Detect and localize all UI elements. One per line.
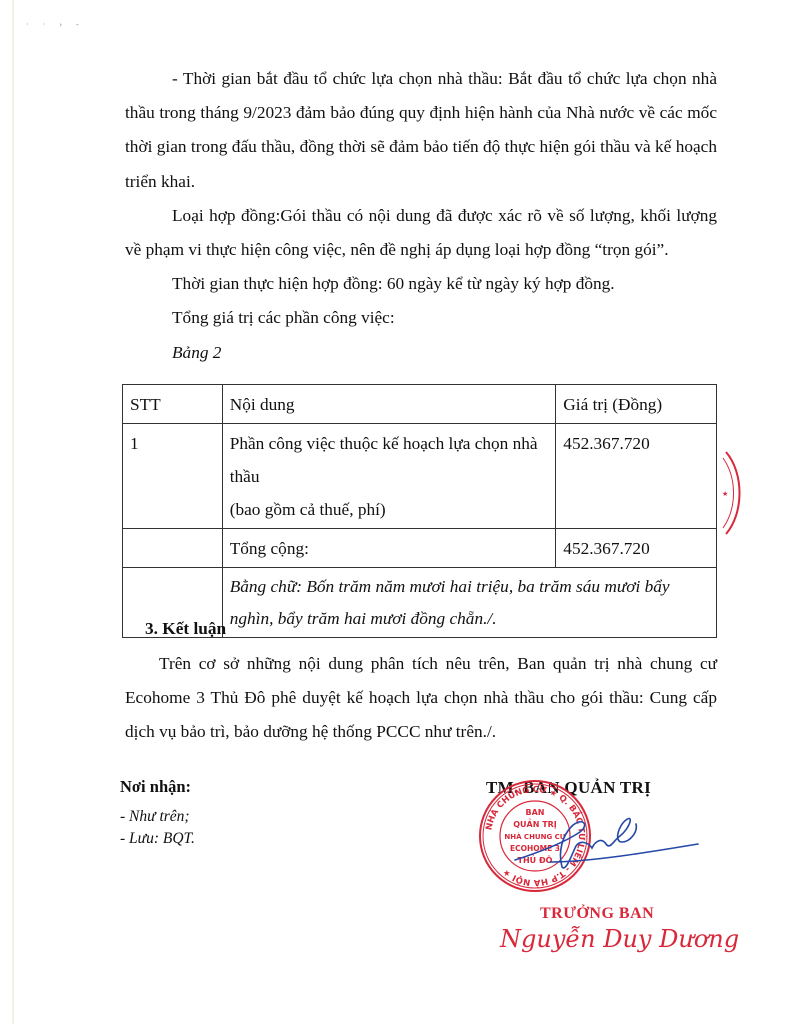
svg-text:★: ★ <box>722 490 728 498</box>
header-value: Giá trị (Đồng) <box>556 385 717 424</box>
cell-total-label: Tổng cộng: <box>222 529 556 568</box>
recipients-block: Nơi nhận: - Như trên; - Lưu: BQT. <box>120 776 195 850</box>
edge-stamp-fragment-icon: ★ <box>722 448 752 538</box>
conclusion-text: Trên cơ sở những nội dung phân tích nêu … <box>125 647 717 750</box>
conclusion-heading: 3. Kết luận <box>145 619 226 639</box>
recipients-title: Nơi nhận: <box>120 776 195 798</box>
table-header-row: STT Nội dung Giá trị (Đồng) <box>123 385 717 424</box>
header-stt: STT <box>123 385 223 424</box>
paragraph-total-value-intro: Tổng giá trị các phần công việc: <box>125 301 717 335</box>
document-body: - Thời gian bắt đầu tổ chức lựa chọn nhà… <box>125 62 717 370</box>
handwritten-signature-icon <box>510 812 700 872</box>
cell-content-main: Phần công việc thuộc kế hoạch lựa chọn n… <box>230 427 549 493</box>
cost-table: STT Nội dung Giá trị (Đồng) 1 Phần công … <box>122 384 717 638</box>
cell-stt: 1 <box>123 424 223 529</box>
table-total-row: Tổng cộng: 452.367.720 <box>123 529 717 568</box>
scan-specks: · · › - <box>26 20 85 29</box>
conclusion-body: Trên cơ sở những nội dung phân tích nêu … <box>125 647 717 750</box>
cell-total-value: 452.367.720 <box>556 529 717 568</box>
cell-content: Phần công việc thuộc kế hoạch lựa chọn n… <box>222 424 556 529</box>
cell-in-words: Bằng chữ: Bốn trăm năm mươi hai triệu, b… <box>222 568 716 638</box>
cell-total-empty <box>123 529 223 568</box>
cell-content-note: (bao gồm cả thuế, phí) <box>230 493 549 526</box>
table-row: 1 Phần công việc thuộc kế hoạch lựa chọn… <box>123 424 717 529</box>
signer-name: Nguyễn Duy Dương <box>500 925 739 953</box>
header-content: Nội dung <box>222 385 556 424</box>
paragraph-start-time: - Thời gian bắt đầu tổ chức lựa chọn nhà… <box>125 62 717 199</box>
paragraph-contract-type: Loại hợp đồng:Gói thầu có nội dung đã đư… <box>125 199 717 267</box>
scan-page-edge <box>12 0 14 1024</box>
recipient-item: - Như trên; <box>120 806 195 828</box>
cell-value: 452.367.720 <box>556 424 717 529</box>
table-caption: Bảng 2 <box>125 336 717 370</box>
signer-role: TRƯỞNG BAN <box>540 905 654 923</box>
paragraph-contract-duration: Thời gian thực hiện hợp đồng: 60 ngày kể… <box>125 267 717 301</box>
recipient-item: - Lưu: BQT. <box>120 828 195 850</box>
